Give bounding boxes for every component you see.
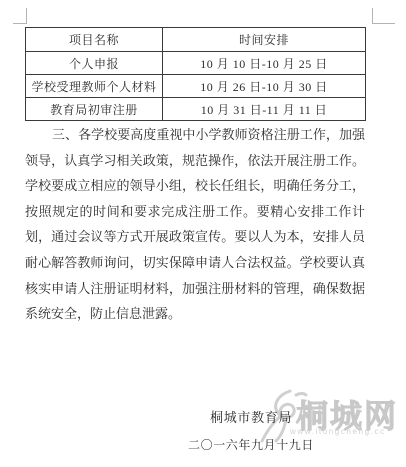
cell-time-range: 10 月 26 日-10 月 30 日 (163, 75, 366, 98)
paragraph-line: 学校要成立相应的领导小组，校长任组长，明确任务分工， (25, 173, 365, 199)
table-header-row: 项目名称 时间安排 (26, 28, 366, 52)
paragraph-line: 耐心解答教师询问，切实保障申请人合法权益。学校要认真 (25, 250, 365, 276)
paragraph-line: 三、各学校要高度重视中小学教师资格注册工作，加强 (25, 122, 365, 148)
signature-date: 二〇一六年九月十九日 (188, 436, 314, 453)
text-boundary-mark-top-left (13, 8, 27, 24)
paragraph-line: 系统安全，防止信息泄露。 (25, 301, 365, 327)
signature-org: 桐城市教育局 (210, 407, 292, 426)
body-paragraph: 三、各学校要高度重视中小学教师资格注册工作，加强 领导，认真学习相关政策，规范操… (25, 122, 365, 327)
paragraph-line: 划，通过会议等方式开展政策宣传。要以人为本，安排人员 (25, 224, 365, 250)
column-header-project-name: 项目名称 (26, 28, 163, 52)
cell-time-range: 10 月 31 日-11 月 11 日 (163, 98, 366, 121)
paragraph-line: 核实申请人注册证明材料，加强注册材料的管理，确保数据 (25, 276, 365, 302)
table-row: 个人申报 10 月 10 日-10 月 25 日 (26, 52, 366, 75)
paragraph-line: 按照规定的时间和要求完成注册工作。要精心安排工作计 (25, 199, 365, 225)
column-header-time-arrangement: 时间安排 (163, 28, 366, 52)
table-row: 学校受理教师个人材料 10 月 26 日-10 月 30 日 (26, 75, 366, 98)
schedule-table: 项目名称 时间安排 个人申报 10 月 10 日-10 月 25 日 学校受理教… (25, 27, 366, 121)
cell-project-name: 教育局初审注册 (26, 98, 163, 121)
table-row: 教育局初审注册 10 月 31 日-11 月 11 日 (26, 98, 366, 121)
watermark-site-url: www.itongcheng.cc (290, 427, 386, 436)
cell-project-name: 学校受理教师个人材料 (26, 75, 163, 98)
cell-project-name: 个人申报 (26, 52, 163, 75)
document-page: 项目名称 时间安排 个人申报 10 月 10 日-10 月 25 日 学校受理教… (0, 0, 406, 467)
paragraph-line: 领导，认真学习相关政策，规范操作，依法开展注册工作。 (25, 148, 365, 174)
text-boundary-mark-top-right (372, 8, 395, 24)
cell-time-range: 10 月 10 日-10 月 25 日 (163, 52, 366, 75)
